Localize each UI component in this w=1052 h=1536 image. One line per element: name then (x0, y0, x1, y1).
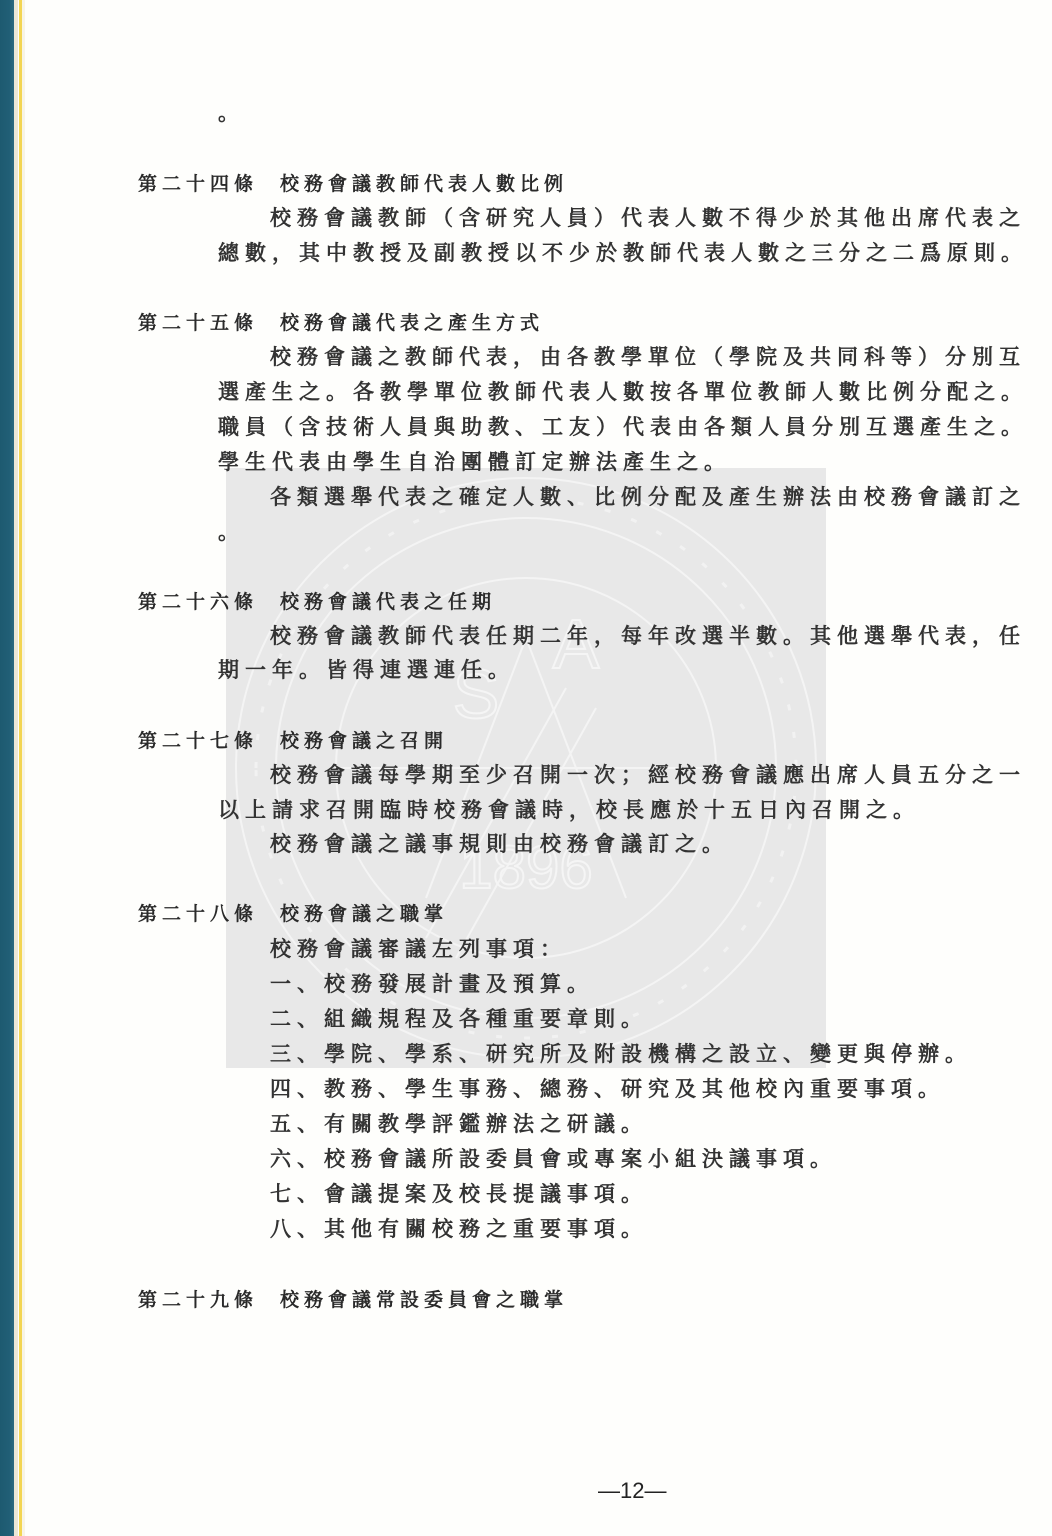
article-27-heading: 第二十七條校務會議之召開 (138, 729, 448, 753)
carryover-text: 。 (218, 100, 245, 126)
page-number: —12— (598, 1478, 666, 1504)
article-number: 第二十四條 (138, 173, 258, 195)
article-24-heading: 第二十四條校務會議教師代表人數比例 (138, 172, 568, 196)
article-28-item-3: 三、學院、學系、研究所及附設機構之設立、變更與停辦。 (270, 1041, 972, 1067)
article-24-line-2: 總數，其中教授及副教授以不少於教師代表人數之三分之二爲原則。 (218, 240, 1028, 266)
article-number: 第二十九條 (138, 1289, 258, 1311)
article-25-heading: 第二十五條校務會議代表之產生方式 (138, 311, 544, 335)
article-25-line-3: 職員（含技術人員與助教、工友）代表由各類人員分別互選產生之。 (218, 414, 1028, 440)
article-25-line-2: 選產生之。各教學單位教師代表人數按各單位教師人數比例分配之。 (218, 379, 1028, 405)
article-title: 校務會議之職掌 (280, 903, 448, 925)
article-27-line-1: 校務會議每學期至少召開一次；經校務會議應出席人員五分之一 (270, 762, 1026, 788)
article-25-line-5: 各類選舉代表之確定人數、比例分配及產生辦法由校務會議訂之 (270, 484, 1026, 510)
article-25-line-4: 學生代表由學生自治團體訂定辦法產生之。 (218, 449, 731, 475)
article-title: 校務會議常設委員會之職掌 (280, 1289, 568, 1311)
article-number: 第二十五條 (138, 312, 258, 334)
article-26-line-1: 校務會議教師代表任期二年，每年改選半數。其他選舉代表，任 (270, 623, 1026, 649)
article-24-line-1: 校務會議教師（含研究人員）代表人數不得少於其他出席代表之 (270, 205, 1026, 231)
article-title: 校務會議代表之任期 (280, 591, 496, 613)
article-29-heading: 第二十九條校務會議常設委員會之職掌 (138, 1288, 568, 1312)
document-page: 。 第二十四條校務會議教師代表人數比例 校務會議教師（含研究人員）代表人數不得少… (0, 0, 1052, 1536)
article-25-line-6: 。 (218, 519, 245, 545)
article-number: 第二十六條 (138, 591, 258, 613)
article-27-line-3: 校務會議之議事規則由校務會議訂之。 (270, 831, 729, 857)
article-27-line-2: 以上請求召開臨時校務會議時，校長應於十五日內召開之。 (218, 797, 920, 823)
article-28-item-5: 五、有關教學評鑑辦法之研議。 (270, 1111, 648, 1137)
article-26-line-2: 期一年。皆得連選連任。 (218, 657, 515, 683)
article-title: 校務會議教師代表人數比例 (280, 173, 568, 195)
article-28-intro: 校務會議審議左列事項： (270, 936, 567, 962)
article-28-item-8: 八、其他有關校務之重要事項。 (270, 1216, 648, 1242)
article-28-item-6: 六、校務會議所設委員會或專案小組決議事項。 (270, 1146, 837, 1172)
article-28-item-4: 四、教務、學生事務、總務、研究及其他校內重要事項。 (270, 1076, 945, 1102)
article-number: 第二十七條 (138, 730, 258, 752)
article-28-item-2: 二、組織規程及各種重要章則。 (270, 1006, 648, 1032)
article-25-line-1: 校務會議之教師代表，由各教學單位（學院及共同科等）分別互 (270, 344, 1026, 370)
article-number: 第二十八條 (138, 903, 258, 925)
article-28-heading: 第二十八條校務會議之職掌 (138, 902, 448, 926)
article-title: 校務會議之召開 (280, 730, 448, 752)
article-26-heading: 第二十六條校務會議代表之任期 (138, 590, 496, 614)
article-title: 校務會議代表之產生方式 (280, 312, 544, 334)
article-28-item-1: 一、校務發展計畫及預算。 (270, 971, 594, 997)
article-28-item-7: 七、會議提案及校長提議事項。 (270, 1181, 648, 1207)
